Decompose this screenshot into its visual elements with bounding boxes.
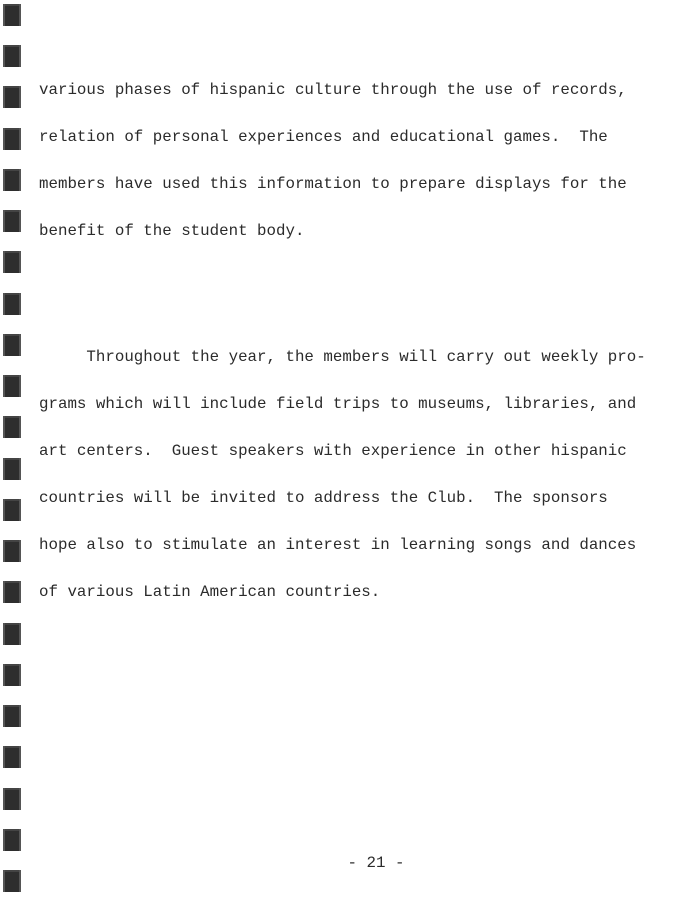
text-line: grams which will include field trips to … [39, 397, 679, 413]
text-line: art centers. Guest speakers with experie… [39, 444, 679, 460]
paragraph-2: Throughout the year, the members will ca… [39, 318, 679, 632]
binding-hole [3, 458, 21, 480]
binding-hole [3, 169, 21, 191]
text-line: members have used this information to pr… [39, 177, 679, 193]
text-line: countries will be invited to address the… [39, 491, 679, 507]
text-line: benefit of the student body. [39, 224, 679, 240]
binding-hole [3, 746, 21, 768]
binding-hole [3, 705, 21, 727]
binding-hole [3, 623, 21, 645]
binding-hole [3, 210, 21, 232]
text-line: of various Latin American countries. [39, 585, 679, 601]
binding-hole [3, 128, 21, 150]
body-text: various phases of hispanic culture throu… [39, 20, 679, 664]
binding-hole [3, 86, 21, 108]
binding-hole [3, 375, 21, 397]
text-line: Throughout the year, the members will ca… [39, 350, 679, 366]
paragraph-1: various phases of hispanic culture throu… [39, 51, 679, 271]
binding-hole [3, 4, 21, 26]
binding-hole [3, 788, 21, 810]
binding-hole [3, 829, 21, 851]
binding-hole [3, 581, 21, 603]
text-line: various phases of hispanic culture throu… [39, 83, 679, 99]
document-page: various phases of hispanic culture throu… [0, 0, 686, 900]
binding-hole [3, 251, 21, 273]
binding-hole [3, 293, 21, 315]
binding-hole [3, 540, 21, 562]
binding-hole [3, 664, 21, 686]
binding-holes [3, 0, 23, 900]
binding-hole [3, 870, 21, 892]
binding-hole [3, 45, 21, 67]
binding-hole [3, 499, 21, 521]
binding-hole [3, 416, 21, 438]
binding-hole [3, 334, 21, 356]
text-line: hope also to stimulate an interest in le… [39, 538, 679, 554]
text-line: relation of personal experiences and edu… [39, 130, 679, 146]
page-number: - 21 - [0, 855, 686, 871]
